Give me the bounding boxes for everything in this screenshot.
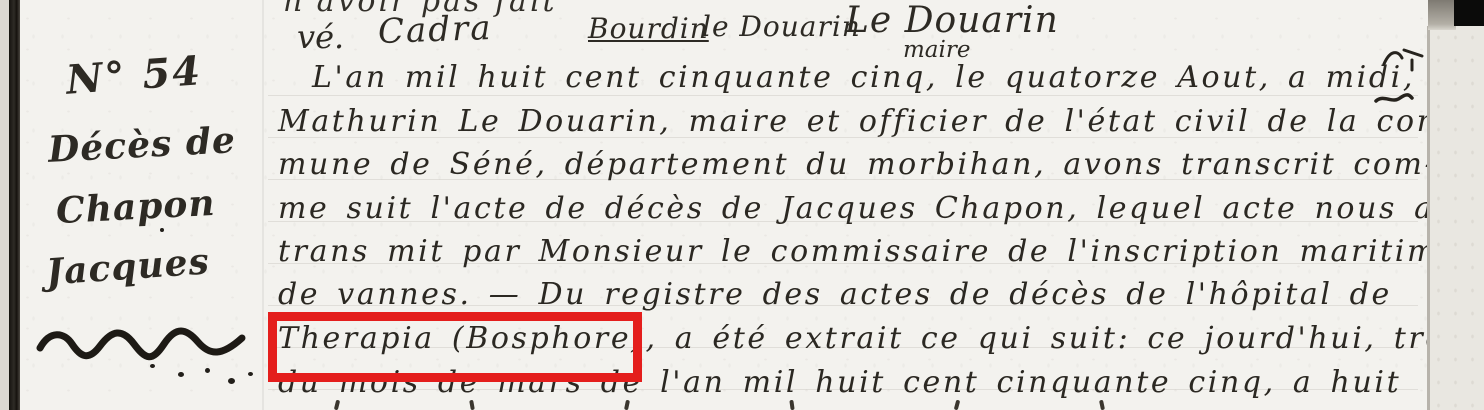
scan-left-edge — [0, 0, 9, 410]
ink-dot — [150, 364, 155, 368]
cutoff-stroke — [624, 400, 630, 410]
highlight-box — [268, 312, 642, 382]
signature-witness-1: Cadra — [377, 8, 493, 52]
text-line: Mathurin Le Douarin, maire et officier d… — [278, 104, 1460, 139]
scan-right-backdrop — [1430, 26, 1484, 410]
text-line: de vannes. — Du registre des actes de dé… — [278, 277, 1392, 312]
stray-mark-dash — [1374, 92, 1414, 106]
ink-dot — [160, 228, 164, 232]
ink-dot — [228, 378, 235, 384]
corner-gray-streak — [1428, 0, 1456, 30]
text-line: L'an mil huit cent cinquante cinq, le qu… — [278, 60, 1484, 95]
binding-bar — [9, 0, 20, 410]
ink-dot — [205, 368, 210, 373]
signature-mayor: Le Douarin — [845, 0, 1059, 41]
margin-line-firstname: Jacques — [45, 240, 211, 293]
margin-line-deces-de: Décès de — [47, 119, 237, 171]
text-line: mune de Séné, département du morbihan, a… — [278, 147, 1437, 182]
cutoff-stroke — [954, 400, 960, 410]
ink-dot — [248, 372, 253, 376]
stray-mark-squiggle — [1382, 46, 1426, 72]
text-line: me suit l'acte de décès de Jacques Chapo… — [278, 191, 1484, 226]
page-edge-line — [1427, 26, 1430, 410]
signature-witness-3: le Douarin — [702, 10, 861, 43]
margin-crease — [262, 0, 264, 410]
cutoff-stroke — [334, 400, 340, 410]
signature-witness-2: Bourdin — [588, 12, 709, 45]
act-number: N° 54 — [65, 47, 204, 103]
ink-dot — [178, 372, 184, 377]
corner-black-mark — [1454, 0, 1484, 26]
margin-line-surname: Chapon — [55, 182, 216, 232]
text-line: trans mit par Monsieur le commissaire de… — [278, 234, 1458, 269]
approval-fragment: vé. — [297, 18, 344, 56]
flourish-squiggle — [36, 326, 251, 366]
scanned-register-page: n'avoir pas fait vé. Cadra Bourdin le Do… — [0, 0, 1484, 410]
